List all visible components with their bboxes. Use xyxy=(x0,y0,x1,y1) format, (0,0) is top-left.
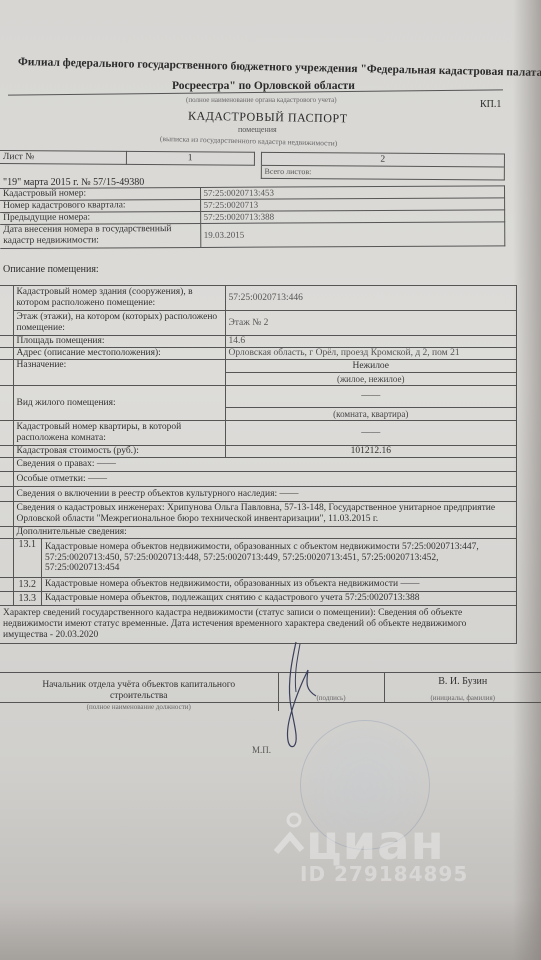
sub-item-text: Кадастровые номера объектов недвижимости… xyxy=(42,578,517,591)
page-bottom-shadow xyxy=(0,900,541,960)
living-type-value: —— xyxy=(225,386,517,408)
area-label: Площадь помещения: xyxy=(13,336,225,348)
info-label: Предыдущие номера: xyxy=(0,211,200,224)
page-edge-shadow xyxy=(513,0,541,960)
building-number-value: 57:25:0020713:446 xyxy=(225,286,517,311)
official-position: Начальник отдела учёта объектов капиталь… xyxy=(0,673,278,703)
document-title: КАДАСТРОВЫЙ ПАСПОРТ xyxy=(188,109,348,127)
info-label: Кадастровый номер: xyxy=(0,187,200,200)
document-subtitle-caption: (выписка из государственного кадастра не… xyxy=(160,134,337,148)
area-value: 14.6 xyxy=(225,336,517,348)
watermark-id: ID 279184895 xyxy=(300,862,468,886)
record-status: Характер сведений государственного кадас… xyxy=(0,606,517,644)
stamp-place-label: М.П. xyxy=(252,745,271,755)
cadastral-cost-label: Кадастровая стоимость (руб.): xyxy=(13,446,225,458)
signature-table: Начальник отдела учёта объектов капиталь… xyxy=(0,672,541,711)
document-date-number: "19" марта 2015 г. № 57/15-49380 xyxy=(3,177,144,188)
sub-item-number: 13.2 xyxy=(14,578,42,591)
document-subtitle: помещения xyxy=(238,125,277,134)
position-caption: (полное наименование должности) xyxy=(0,703,278,712)
sheet-number: 1 xyxy=(126,151,254,165)
heritage-registry-info: Сведения о включении в реестр объектов к… xyxy=(13,487,517,502)
document-page: Филиал федерального государственного бюд… xyxy=(0,0,541,960)
cadastral-cost-value: 101212.16 xyxy=(225,446,517,458)
living-type-label: Вид жилого помещения: xyxy=(13,386,225,421)
additional-info-label: Дополнительные сведения: xyxy=(13,527,517,539)
sheet-count-table: Лист № 1 2 Всего листов: xyxy=(0,150,505,181)
form-code: КП.1 xyxy=(480,99,501,110)
apartment-number-label: Кадастровый номер квартиры, в которой ра… xyxy=(13,421,225,446)
info-row: Дата внесения номера в государственный к… xyxy=(0,222,505,249)
floor-value: Этаж № 2 xyxy=(225,311,517,336)
description-table: Кадастровый номер здания (сооружения), в… xyxy=(0,285,517,644)
handwritten-signature-icon xyxy=(282,640,322,750)
floor-label: Этаж (этажи), на котором (которых) распо… xyxy=(13,311,225,336)
sub-item-row: 13.2 Кадастровые номера объектов недвижи… xyxy=(0,578,517,592)
sheet-total-label: Всего листов: xyxy=(261,165,504,180)
purpose-hint: (жилое, нежилое) xyxy=(225,373,517,386)
info-label: Дата внесения номера в государственный к… xyxy=(0,223,200,248)
building-number-label: Кадастровый номер здания (сооружения), в… xyxy=(13,286,225,311)
organization-name-line2: Росреестра" по Орловской области xyxy=(172,80,355,92)
living-type-hint: (комната, квартира) xyxy=(225,408,517,421)
organization-name-line1: Филиал федерального государственного бюд… xyxy=(18,56,541,79)
sub-item-text: Кадастровые номера объектов, подлежащих … xyxy=(42,592,517,605)
address-value: Орловская область, г Орёл, проезд Кромск… xyxy=(225,348,517,360)
address-label: Адрес (описание местоположения): xyxy=(13,348,225,360)
description-section-label: Описание помещения: xyxy=(3,264,99,275)
sheet-label: Лист № xyxy=(0,150,126,164)
purpose-value: Нежилое xyxy=(225,360,517,373)
sub-item-number: 13.3 xyxy=(14,592,42,605)
sub-item-row: 13.3 Кадастровые номера объектов, подлеж… xyxy=(0,592,517,606)
cadastral-info-table: Кадастровый номер: 57:25:0020713:453 Ном… xyxy=(0,185,505,248)
sub-item-number: 13.1 xyxy=(14,539,42,577)
rights-info: Сведения о правах: —— xyxy=(13,458,517,472)
cadastral-engineers-info: Сведения о кадастровых инженерах: Хрипун… xyxy=(13,502,517,527)
special-marks: Особые отметки: —— xyxy=(13,472,517,487)
organization-caption: (полное наименование органа кадастрового… xyxy=(186,96,337,104)
info-label: Номер кадастрового квартала: xyxy=(0,199,200,212)
apartment-number-value: —— xyxy=(225,421,517,446)
info-value: 19.03.2015 xyxy=(200,222,505,248)
sub-item-row: 13.1 Кадастровые номера объектов недвижи… xyxy=(0,539,517,578)
sub-item-text: Кадастровые номера объектов недвижимости… xyxy=(42,539,517,577)
purpose-label: Назначение: xyxy=(13,360,225,386)
